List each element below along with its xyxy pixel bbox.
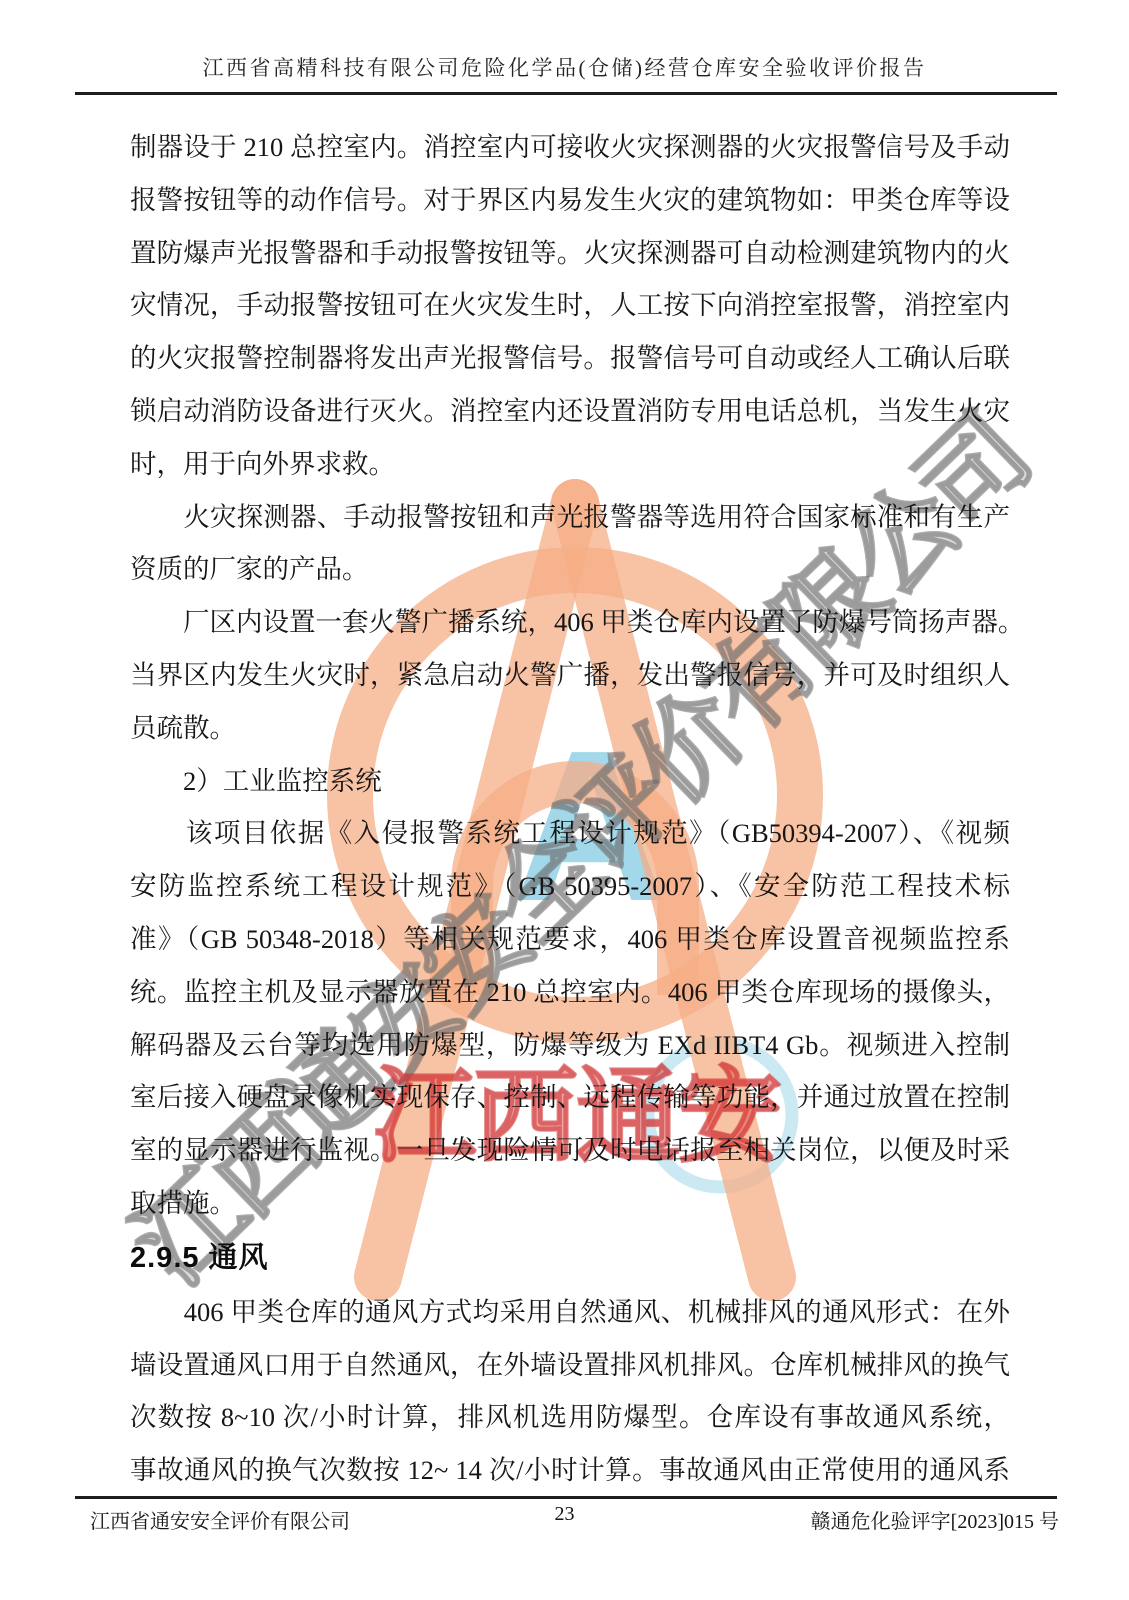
text-line: 置防爆声光报警器和手动报警按钮等。火灾探测器可自动检测建筑物内的火 bbox=[130, 227, 1010, 280]
footer-page-number: 23 bbox=[555, 1503, 575, 1526]
text-line: 2）工业监控系统 bbox=[130, 755, 1010, 808]
page-header-title: 江西省高精科技有限公司危险化学品(仓储)经营仓库安全验收评价报告 bbox=[0, 52, 1129, 82]
text-line: 准》（GB 50348-2018）等相关规范要求，406 甲类仓库设置音视频监控… bbox=[130, 913, 1010, 966]
text-line: 统。监控主机及显示器放置在 210 总控室内。406 甲类仓库现场的摄像头， bbox=[130, 966, 1010, 1019]
document-page: A 江西通安安全评价有限公司 江西通安 江西省高精科技有限公司危险化学品(仓储)… bbox=[0, 0, 1129, 1600]
text-line: 员疏散。 bbox=[130, 702, 1010, 755]
text-line: 安防监控系统工程设计规范》（GB 50395-2007）、《安全防范工程技术标 bbox=[130, 860, 1010, 913]
text-line: 解码器及云台等均选用防爆型，防爆等级为 EXd IIBT4 Gb。视频进入控制 bbox=[130, 1019, 1010, 1072]
text-line: 的火灾报警控制器将发出声光报警信号。报警信号可自动或经人工确认后联 bbox=[130, 332, 1010, 385]
text-line: 当界区内发生火灾时，紧急启动火警广播，发出警报信号，并可及时组织人 bbox=[130, 649, 1010, 702]
text-line: 时，用于向外界求救。 bbox=[130, 438, 1010, 491]
text-line: 事故通风的换气次数按 12~ 14 次/小时计算。事故通风由正常使用的通风系 bbox=[130, 1444, 1010, 1497]
header-rule bbox=[75, 92, 1057, 95]
footer-rule bbox=[75, 1496, 1057, 1499]
text-line: 该项目依据《入侵报警系统工程设计规范》（GB50394-2007）、《视频 bbox=[130, 807, 1010, 860]
text-line: 火灾探测器、手动报警按钮和声光报警器等选用符合国家标准和有生产 bbox=[130, 491, 1010, 544]
document-body: 制器设于 210 总控室内。消控室内可接收火灾探测器的火灾报警信号及手动 报警按… bbox=[130, 121, 1010, 1497]
text-line: 室后接入硬盘录像机实现保存、控制、远程传输等功能，并通过放置在控制 bbox=[130, 1071, 1010, 1124]
text-line: 报警按钮等的动作信号。对于界区内易发生火灾的建筑物如：甲类仓库等设 bbox=[130, 174, 1010, 227]
text-line: 取措施。 bbox=[130, 1177, 1010, 1230]
text-line: 厂区内设置一套火警广播系统，406 甲类仓库内设置了防爆号筒扬声器。 bbox=[130, 596, 1010, 649]
text-line: 制器设于 210 总控室内。消控室内可接收火灾探测器的火灾报警信号及手动 bbox=[130, 121, 1010, 174]
text-line: 墙设置通风口用于自然通风，在外墙设置排风机排风。仓库机械排风的换气 bbox=[130, 1339, 1010, 1392]
footer-doc-number: 赣通危化验评字[2023]015 号 bbox=[811, 1505, 1059, 1534]
text-line: 资质的厂家的产品。 bbox=[130, 543, 1010, 596]
text-line: 锁启动消防设备进行灭火。消控室内还设置消防专用电话总机，当发生火灾 bbox=[130, 385, 1010, 438]
footer-company: 江西省通安安全评价有限公司 bbox=[90, 1505, 350, 1534]
text-line: 406 甲类仓库的通风方式均采用自然通风、机械排风的通风形式：在外 bbox=[130, 1286, 1010, 1339]
text-line: 室的显示器进行监视。一旦发现险情可及时电话报至相关岗位，以便及时采 bbox=[130, 1124, 1010, 1177]
text-line: 灾情况，手动报警按钮可在火灾发生时，人工按下向消控室报警，消控室内 bbox=[130, 279, 1010, 332]
section-heading: 2.9.5 通风 bbox=[130, 1230, 1010, 1286]
text-line: 次数按 8~10 次/小时计算，排风机选用防爆型。仓库设有事故通风系统， bbox=[130, 1391, 1010, 1444]
